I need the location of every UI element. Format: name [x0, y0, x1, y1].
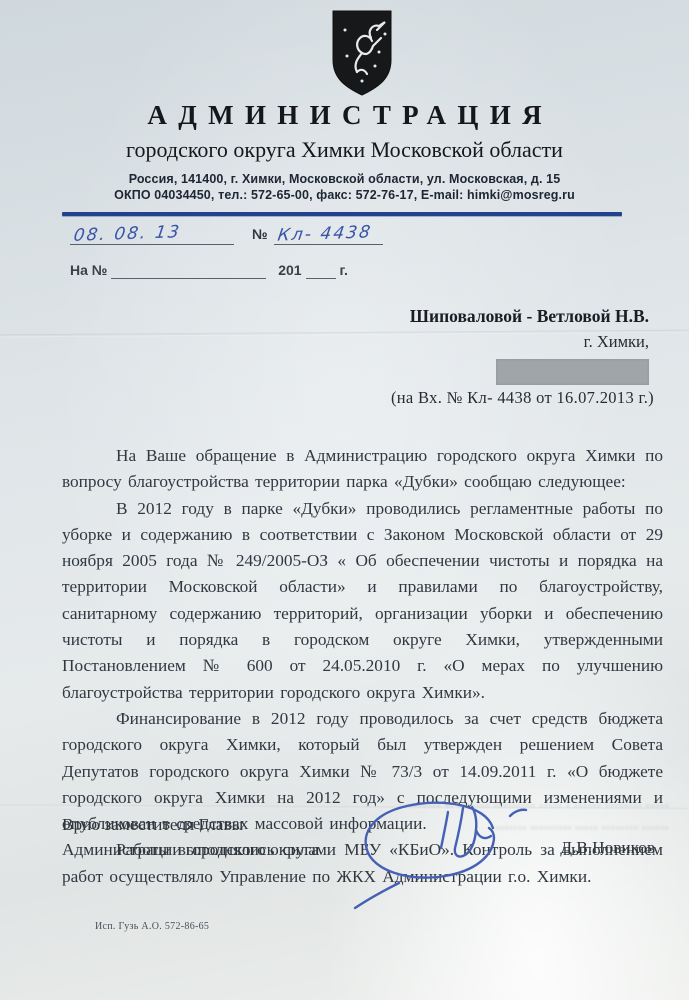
outgoing-number-line: Кл- 4438: [274, 224, 383, 245]
recipient-city: г. Химки,: [410, 332, 649, 352]
recipient-name: Шиповаловой - Ветловой Н.В.: [410, 306, 649, 327]
org-subtitle: городского округа Химки Московской облас…: [0, 137, 689, 163]
paragraph: В 2012 году в парке «Дубки» проводились …: [62, 496, 663, 706]
number-label: №: [252, 226, 268, 242]
recipient-block: Шиповаловой - Ветловой Н.В. г. Химки,: [410, 306, 649, 385]
signature-block: Врио заместителя Главы Администрации гор…: [62, 812, 663, 862]
incoming-letter-reference: (на Вх. № Кл- 4438 от 16.07.2013 г.): [391, 388, 654, 408]
handwritten-date: 08. 08. 13: [72, 222, 182, 246]
executor-note: Исп. Гузь А.О. 572-86-65: [95, 921, 209, 932]
khimki-coat-of-arms-icon: [327, 8, 397, 98]
year-suffix: г.: [340, 262, 348, 278]
year-prefix: 201: [278, 262, 301, 278]
letterhead-divider-rule: [62, 212, 622, 216]
scanned-letter-page: АДМИНИСТРАЦИЯ городского округа Химки Мо…: [0, 0, 689, 1000]
signer-position-line1: Врио заместителя Главы: [62, 812, 663, 837]
incoming-number-blank: [111, 262, 266, 279]
outgoing-requisites-row: 08. 08. 13№Кл- 4438: [70, 224, 383, 245]
incoming-reference-row: На № 201 г.: [70, 262, 348, 279]
org-address-line1: Россия, 141400, г. Химки, Московской обл…: [0, 172, 689, 186]
year-blank: [306, 262, 336, 279]
signer-name: Д.В.Новиков: [560, 838, 655, 858]
redacted-address-box: [496, 359, 649, 385]
outgoing-date-line: 08. 08. 13: [70, 224, 234, 245]
paragraph: На Ваше обращение в Администрацию городс…: [62, 443, 663, 496]
org-contact-line2: ОКПО 04034450, тел.: 572-65-00, факс: 57…: [0, 188, 689, 202]
org-name: АДМИНИСТРАЦИЯ: [0, 100, 689, 131]
reply-to-label: На №: [70, 262, 107, 278]
handwritten-number: Кл- 4438: [276, 222, 373, 245]
